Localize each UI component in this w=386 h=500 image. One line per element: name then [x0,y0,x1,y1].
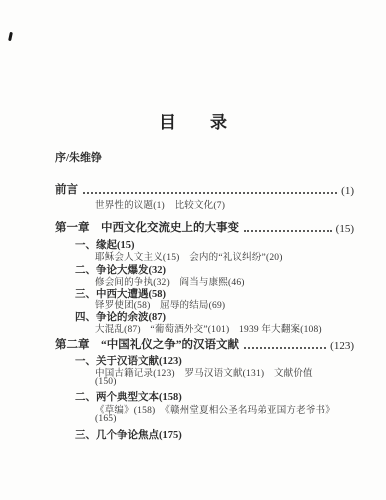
chapter2-label: 第二章 “中国礼仪之争”的汉语文献 [55,336,239,352]
chapter1-section-4-detail: 大混乱(87) “葡萄酒外交”(101) 1939 年大翻案(108) [95,321,322,335]
foreword-entry: 前言 (1) [55,181,354,197]
foreword-label: 前言 [55,181,78,197]
toc-page: 目 录 序/朱维铮 前言 (1) 世界性的议题(1) 比较文化(7) 第一章 中… [0,0,386,500]
foreword-detail: 世界性的议题(1) 比较文化(7) [95,197,225,211]
chapter2-section-2-detail-cont: (165) [95,414,117,424]
dot-leader [244,230,332,232]
dot-leader [244,347,326,349]
chapter2-section-1-detail-cont: (150) [95,377,117,387]
preface-line: 序/朱维铮 [55,149,102,165]
chapter1-section-1-detail: 耶稣会人文主义(15) 会内的“礼议纠纷”(20) [95,249,283,263]
chapter1-entry: 第一章 中西文化交流史上的大事变 (15) [55,219,354,235]
chapter2-entry: 第二章 “中国礼仪之争”的汉语文献 (123) [55,336,354,352]
chapter2-page-number: (123) [330,340,354,352]
foreword-page-number: (1) [341,185,354,197]
chapter2-section-1-detail: 中国古籍记录(123) 罗马汉语文献(131) 文献价值 [95,365,313,379]
chapter2-section-3: 三、几个争论焦点(175) [75,427,182,442]
ink-speck-mark [8,32,13,41]
chapter1-label: 第一章 中西文化交流史上的大事变 [55,219,239,235]
chapter2-section-2-detail: 《草编》(158) 《赣州堂夏相公圣名玛弟亚国方老爷书》 [95,402,335,416]
chapter1-page-number: (15) [336,223,354,235]
page-title: 目 录 [0,108,386,133]
dot-leader [83,192,337,194]
